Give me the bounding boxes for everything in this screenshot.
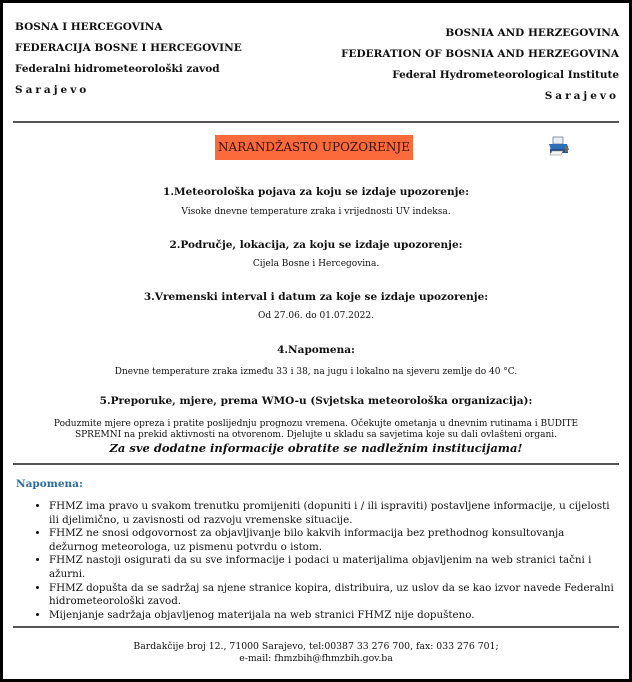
section-1-title: 1.Meteorološka pojava za koju se izdaje … — [3, 186, 629, 198]
section-3-title: 3.Vremenski interval i datum za koje se … — [3, 291, 629, 303]
note-item: FHMZ dopušta da se sadržaj sa njene stra… — [49, 582, 615, 609]
city-bs: Sarajevo — [15, 80, 242, 101]
note-item: FHMZ nastoji osigurati da su sve informa… — [49, 554, 615, 581]
section-2-title: 2.Područje, lokacija, za koju se izdaje … — [3, 239, 629, 251]
city-en: Sarajevo — [341, 86, 619, 107]
footer-divider — [13, 626, 619, 628]
section-5-text: Poduzmite mjere opreza i pratite poslije… — [43, 419, 589, 441]
warning-level-badge: NARANDŽASTO UPOZORENJE — [215, 135, 413, 160]
section-2-text: Cijela Bosne i Hercegovina. — [3, 259, 629, 269]
header-bosnian: BOSNA I HERCEGOVINA FEDERACIJA BOSNE I H… — [15, 17, 242, 101]
footer-address: Bardakčije broj 12., 71000 Sarajevo, tel… — [3, 641, 629, 653]
federation-name-bs: FEDERACIJA BOSNE I HERCEGOVINE — [15, 38, 242, 59]
header-divider — [13, 121, 619, 123]
footer-contact: Bardakčije broj 12., 71000 Sarajevo, tel… — [3, 641, 629, 665]
footer-email[interactable]: e-mail: fhmzbih@fhmzbih.gov.ba — [3, 653, 629, 665]
contact-institutions-notice: Za sve dodatne informacije obratite se n… — [3, 441, 629, 455]
note-item: FHMZ ima pravo u svakom trenutku promije… — [49, 500, 615, 527]
section-4-text: Dnevne temperature zraka između 33 i 38,… — [3, 367, 629, 377]
institute-name-bs: Federalni hidrometeorološki zavod — [15, 59, 242, 80]
section-3-text: Od 27.06. do 01.07.2022. — [3, 311, 629, 321]
content-divider — [13, 463, 619, 465]
notes-title: Napomena: — [16, 478, 83, 490]
note-item: FHMZ ne snosi odgovornost za objavljivan… — [49, 527, 615, 554]
note-item: Mijenjanje sadržaja objavljenog materija… — [49, 609, 615, 623]
warning-document: BOSNA I HERCEGOVINA FEDERACIJA BOSNE I H… — [0, 0, 632, 682]
federation-name-en: FEDERATION OF BOSNIA AND HERZEGOVINA — [341, 44, 619, 65]
country-name-en: BOSNIA AND HERZEGOVINA — [341, 23, 619, 44]
printer-icon[interactable] — [547, 136, 571, 156]
header-english: BOSNIA AND HERZEGOVINA FEDERATION OF BOS… — [341, 23, 619, 107]
country-name-bs: BOSNA I HERCEGOVINA — [15, 17, 242, 38]
section-5-title: 5.Preporuke, mjere, prema WMO-u (Svjetsk… — [3, 395, 629, 407]
section-1-text: Visoke dnevne temperature zraka i vrijed… — [3, 207, 629, 217]
section-4-title: 4.Napomena: — [3, 344, 629, 356]
institute-name-en: Federal Hydrometeorological Institute — [341, 65, 619, 86]
notes-list: FHMZ ima pravo u svakom trenutku promije… — [37, 500, 615, 622]
